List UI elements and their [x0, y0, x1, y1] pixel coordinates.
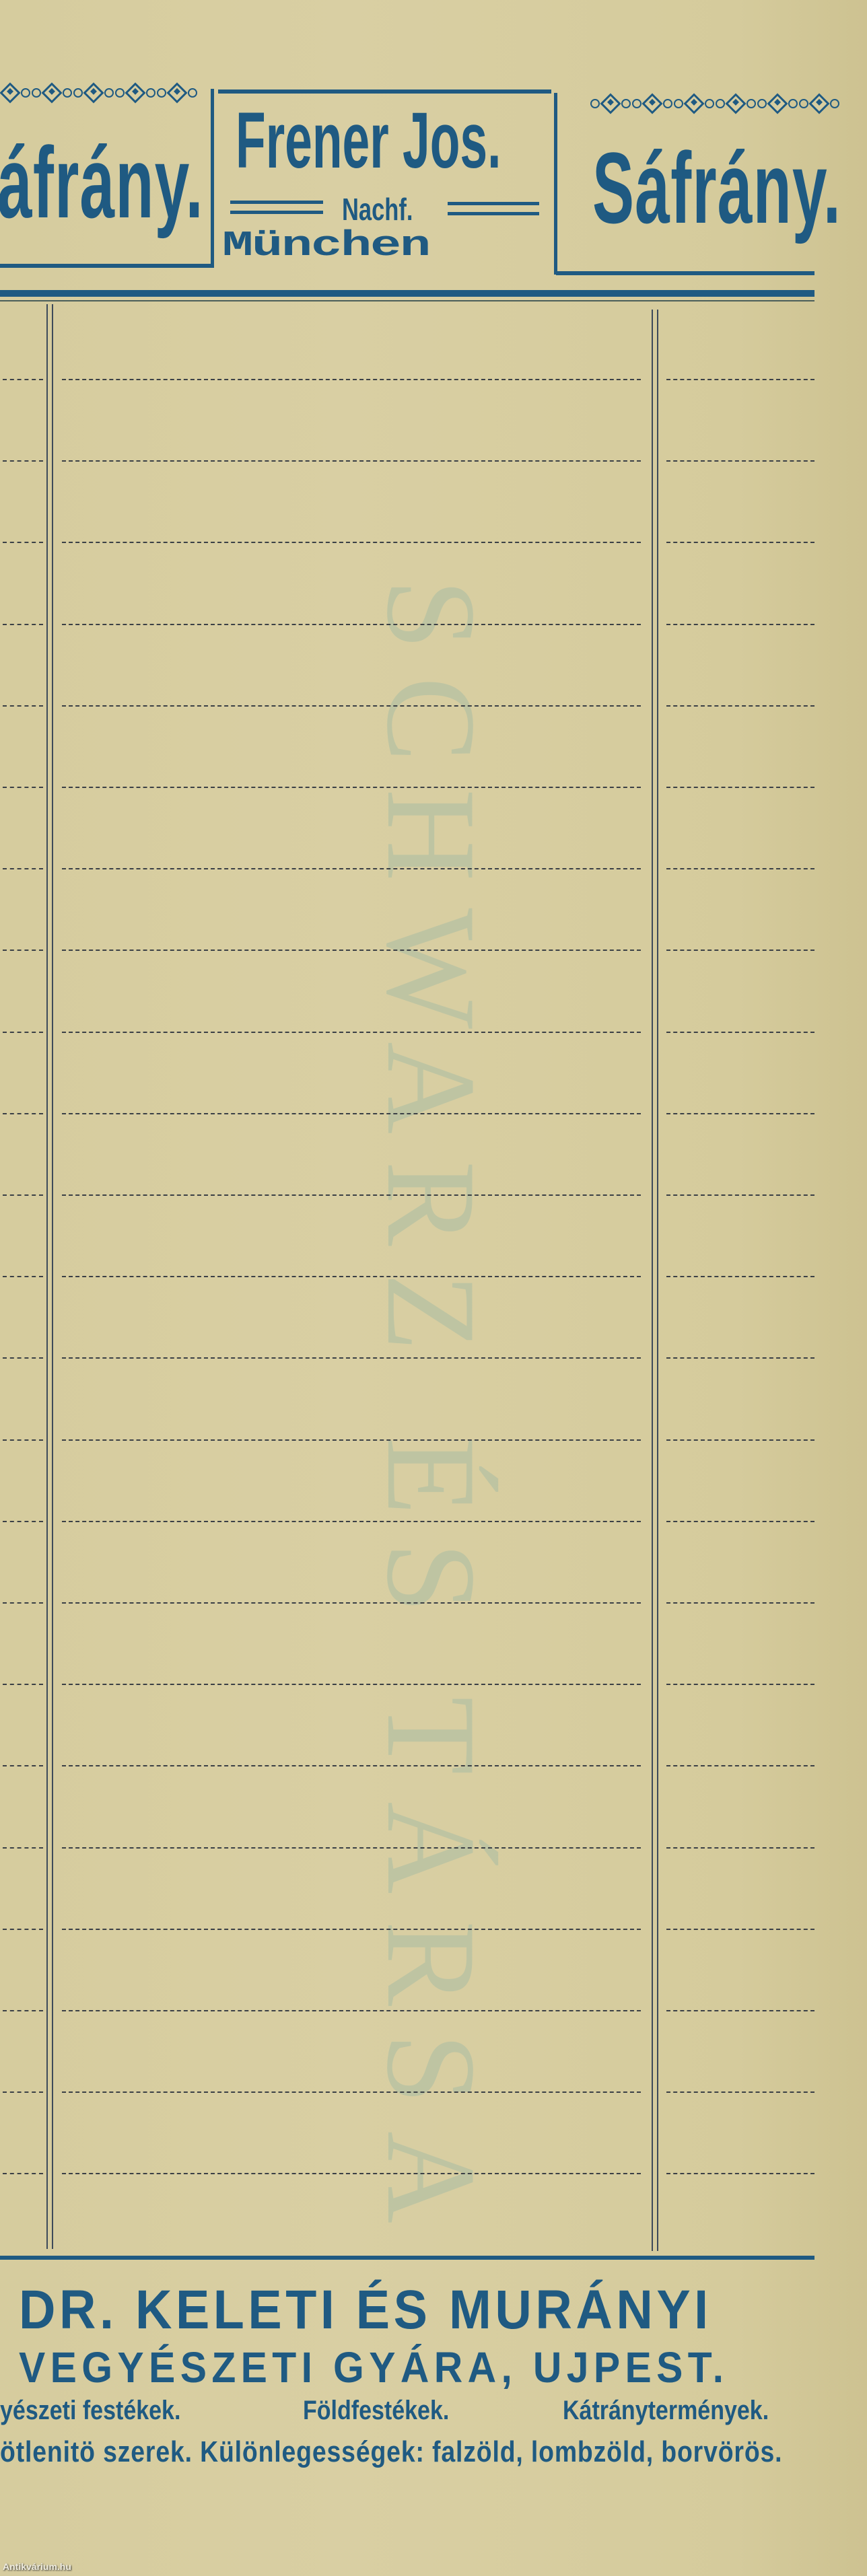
ledger-row-line-main: [62, 1032, 641, 1033]
ledger-row-line-right: [666, 2091, 814, 2093]
company-city: München: [222, 229, 429, 264]
ledger-row-line-main: [62, 787, 641, 788]
ornament-diamond-icon: [83, 82, 104, 103]
ledger-row-line-main: [62, 1194, 641, 1196]
right-ornament-border: [590, 96, 840, 111]
ledger-row-line-left: [3, 1929, 43, 1930]
right-box-bottom-rule: [556, 271, 814, 275]
ledger-row-line-left: [3, 1847, 43, 1849]
ornament-diamond-icon: [641, 93, 662, 114]
ledger-row-line-main: [62, 1929, 641, 1930]
nachf-left-rule-2: [230, 211, 323, 214]
watermark-text: SCHWARZ ÉS TÁRSA: [377, 579, 485, 1992]
ledger-row-line-left: [3, 460, 43, 462]
left-ornament-border: [0, 85, 198, 100]
ledger-row-line-main: [62, 1439, 641, 1441]
ledger-row-line-main: [62, 868, 641, 869]
ledger-row-line-left: [3, 1602, 43, 1604]
product-1: yészeti festékek.: [0, 2397, 180, 2424]
ledger-row-line-left: [3, 2091, 43, 2093]
ornament-diamond-icon: [166, 82, 187, 103]
ledger-row-line-main: [62, 2173, 641, 2174]
ledger-row-line-right: [666, 1765, 814, 1766]
left-column-divider: [46, 304, 48, 2249]
footer-top-rule: [0, 2256, 814, 2260]
ledger-row-line-right: [666, 1357, 814, 1359]
ledger-row-line-right: [666, 1194, 814, 1196]
right-brand-text: Sáfrány.: [592, 137, 841, 238]
ledger-row-line-right: [666, 2010, 814, 2011]
ledger-row-line-right: [666, 1847, 814, 1849]
ledger-row-line-main: [62, 1357, 641, 1359]
ledger-row-line-right: [666, 1113, 814, 1114]
ornament-diamond-icon: [0, 82, 21, 103]
header-thin-rule: [0, 300, 814, 301]
ledger-row-line-left: [3, 1357, 43, 1359]
ornament-diamond-icon: [125, 82, 145, 103]
ledger-row-line-left: [3, 1684, 43, 1685]
ledger-row-line-right: [666, 1439, 814, 1441]
ledger-row-line-main: [62, 705, 641, 707]
nachf-left-rule-1: [230, 201, 323, 204]
ledger-row-line-main: [62, 950, 641, 951]
ledger-row-line-right: [666, 379, 814, 380]
center-box-right-rule: [554, 93, 557, 275]
ledger-row-line-left: [3, 868, 43, 869]
ledger-row-line-main: [62, 2010, 641, 2011]
ledger-row-line-main: [62, 1765, 641, 1766]
ledger-row-line-right: [666, 2173, 814, 2174]
ornament-diamond-icon: [600, 93, 621, 114]
ledger-row-line-right: [666, 624, 814, 625]
ledger-row-line-left: [3, 624, 43, 625]
ledger-row-line-right: [666, 1684, 814, 1685]
ledger-row-line-left: [3, 1439, 43, 1441]
ledger-row-line-left: [3, 787, 43, 788]
ledger-row-line-right: [666, 950, 814, 951]
ledger-row-line-right: [666, 1032, 814, 1033]
ledger-row-line-main: [62, 624, 641, 625]
ornament-diamond-icon: [767, 93, 788, 114]
specialties-line: ötlenitö szerek. Különlegességek: falzöl…: [0, 2437, 782, 2467]
ledger-row-line-left: [3, 1194, 43, 1196]
left-box-bottom-rule: [0, 264, 214, 268]
center-box-left-rule: [211, 89, 214, 268]
left-column-divider-inner: [52, 304, 53, 2249]
ledger-row-line-right: [666, 460, 814, 462]
left-brand-text: áfrány.: [0, 132, 204, 233]
ornament-diamond-icon: [41, 82, 62, 103]
firm-subtitle: VEGYÉSZETI GYÁRA, UJPEST.: [19, 2346, 728, 2389]
ledger-row-line-left: [3, 950, 43, 951]
ledger-row-line-main: [62, 1847, 641, 1849]
ledger-row-line-main: [62, 1684, 641, 1685]
ledger-row-line-right: [666, 542, 814, 543]
ledger-row-line-right: [666, 1521, 814, 1522]
source-credit: Antikvárium.hu: [3, 2561, 71, 2572]
ornament-diamond-icon: [725, 93, 746, 114]
ledger-row-line-left: [3, 1521, 43, 1522]
right-column-divider-inner: [657, 310, 658, 2251]
ledger-row-line-left: [3, 379, 43, 380]
ledger-row-line-left: [3, 542, 43, 543]
ledger-row-line-main: [62, 2091, 641, 2093]
ledger-row-line-right: [666, 1602, 814, 1604]
ledger-row-line-right: [666, 1276, 814, 1277]
ledger-row-line-main: [62, 1602, 641, 1604]
center-box-top-rule: [218, 90, 551, 94]
ledger-row-line-main: [62, 460, 641, 462]
product-3: Kátránytermények.: [563, 2397, 769, 2424]
ornament-diamond-icon: [808, 93, 829, 114]
product-2: Földfestékek.: [303, 2397, 449, 2424]
ledger-row-line-main: [62, 542, 641, 543]
nachf-right-rule-1: [448, 202, 539, 205]
ledger-row-line-left: [3, 2010, 43, 2011]
firm-name: DR. KELETI ÉS MURÁNYI: [19, 2283, 712, 2338]
ledger-row-line-main: [62, 1521, 641, 1522]
company-name: Frener Jos.: [236, 101, 501, 180]
ledger-row-line-main: [62, 379, 641, 380]
right-column-divider: [652, 310, 653, 2251]
ledger-row-line-left: [3, 2173, 43, 2174]
ledger-row-line-right: [666, 1929, 814, 1930]
ledger-row-line-left: [3, 1765, 43, 1766]
ledger-row-line-main: [62, 1113, 641, 1114]
header-thick-rule: [0, 290, 814, 297]
ledger-row-line-main: [62, 1276, 641, 1277]
company-suffix: Nachf.: [342, 194, 413, 225]
ledger-row-line-left: [3, 1113, 43, 1114]
ledger-row-line-left: [3, 1276, 43, 1277]
ledger-row-line-right: [666, 787, 814, 788]
ledger-row-line-right: [666, 868, 814, 869]
ledger-row-line-left: [3, 1032, 43, 1033]
nachf-right-rule-2: [448, 212, 539, 215]
ornament-diamond-icon: [683, 93, 704, 114]
ledger-row-line-right: [666, 705, 814, 707]
ledger-row-line-left: [3, 705, 43, 707]
